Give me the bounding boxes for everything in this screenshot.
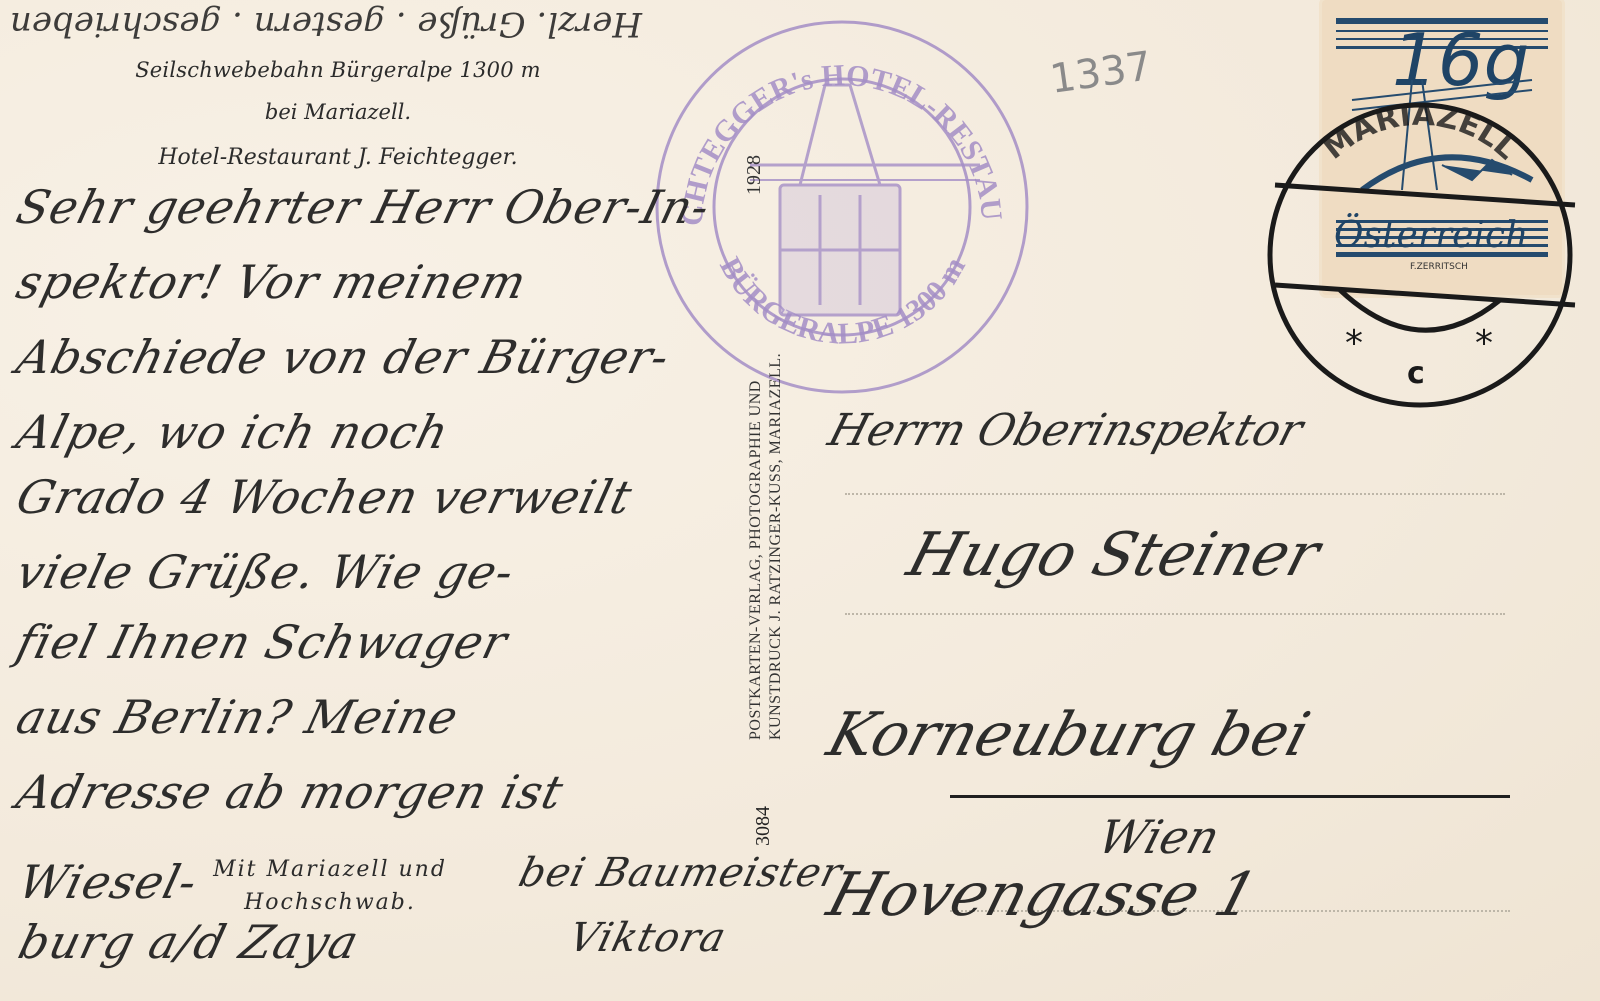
message-line: bei Baumeister	[514, 850, 847, 896]
printed-caption-line-1: Mit Mariazell und	[150, 857, 510, 882]
postmark-cancellation: MARIAZELL * * c	[1255, 95, 1585, 415]
star-icon: *	[1345, 323, 1363, 364]
message-line: spektor! Vor meinem	[11, 255, 532, 309]
printed-header-line-1: Seilschwebebahn Bürgeralpe 1300 m	[58, 58, 618, 82]
postmark-town: MARIAZELL	[1317, 98, 1524, 167]
svg-text:MARIAZELL: MARIAZELL	[1317, 98, 1524, 167]
postcard-back: Herzl. Grüße . gestern . geschrieben Sei…	[0, 0, 1600, 1001]
printed-header-line-3: Hotel-Restaurant J. Feichtegger.	[58, 145, 618, 170]
card-number: 3084	[752, 806, 775, 846]
upside-down-note: Herzl. Grüße . gestern . geschrieben	[10, 4, 642, 44]
address-line: Wien	[1092, 810, 1226, 864]
message-line: viele Grüße. Wie ge-	[11, 545, 520, 599]
address-guide-line	[845, 493, 1505, 495]
address-line: Hovengasse 1	[820, 860, 1265, 930]
message-line: Grado 4 Wochen verweilt	[11, 470, 638, 524]
address-underline	[950, 795, 1510, 798]
publisher-imprint-line-2: KUNSTDRUCK J. RATZINGER-KUSS, MARIAZELL.	[767, 353, 785, 740]
message-line: fiel Ihnen Schwager	[11, 615, 513, 669]
address-line: Hugo Steiner	[900, 520, 1327, 590]
address-guide-line	[845, 613, 1505, 615]
message-line: aus Berlin? Meine	[11, 690, 464, 744]
seal-year: 1928	[743, 155, 765, 195]
message-line: Abschiede von der Bürger-	[11, 330, 675, 384]
address-line: Korneuburg bei	[820, 700, 1317, 770]
message-line: Sehr geehrter Herr Ober-In-	[11, 180, 715, 234]
printed-caption-line-2: Hochschwab.	[150, 890, 510, 915]
pencil-note: 1337	[1047, 43, 1154, 103]
publisher-imprint-line-1: POSTKARTEN-VERLAG, PHOTOGRAPHIE UND	[747, 380, 765, 740]
message-line: Adresse ab morgen ist	[11, 765, 569, 819]
printed-header-line-2: bei Mariazell.	[58, 100, 618, 124]
message-line: Viktora	[564, 915, 731, 961]
star-icon: *	[1475, 323, 1493, 364]
message-line: burg a/d Zaya	[13, 915, 364, 969]
postmark-code: c	[1407, 356, 1425, 391]
address-line: Herrn Oberinspektor	[823, 405, 1309, 456]
message-line: Alpe, wo ich noch	[11, 405, 454, 459]
